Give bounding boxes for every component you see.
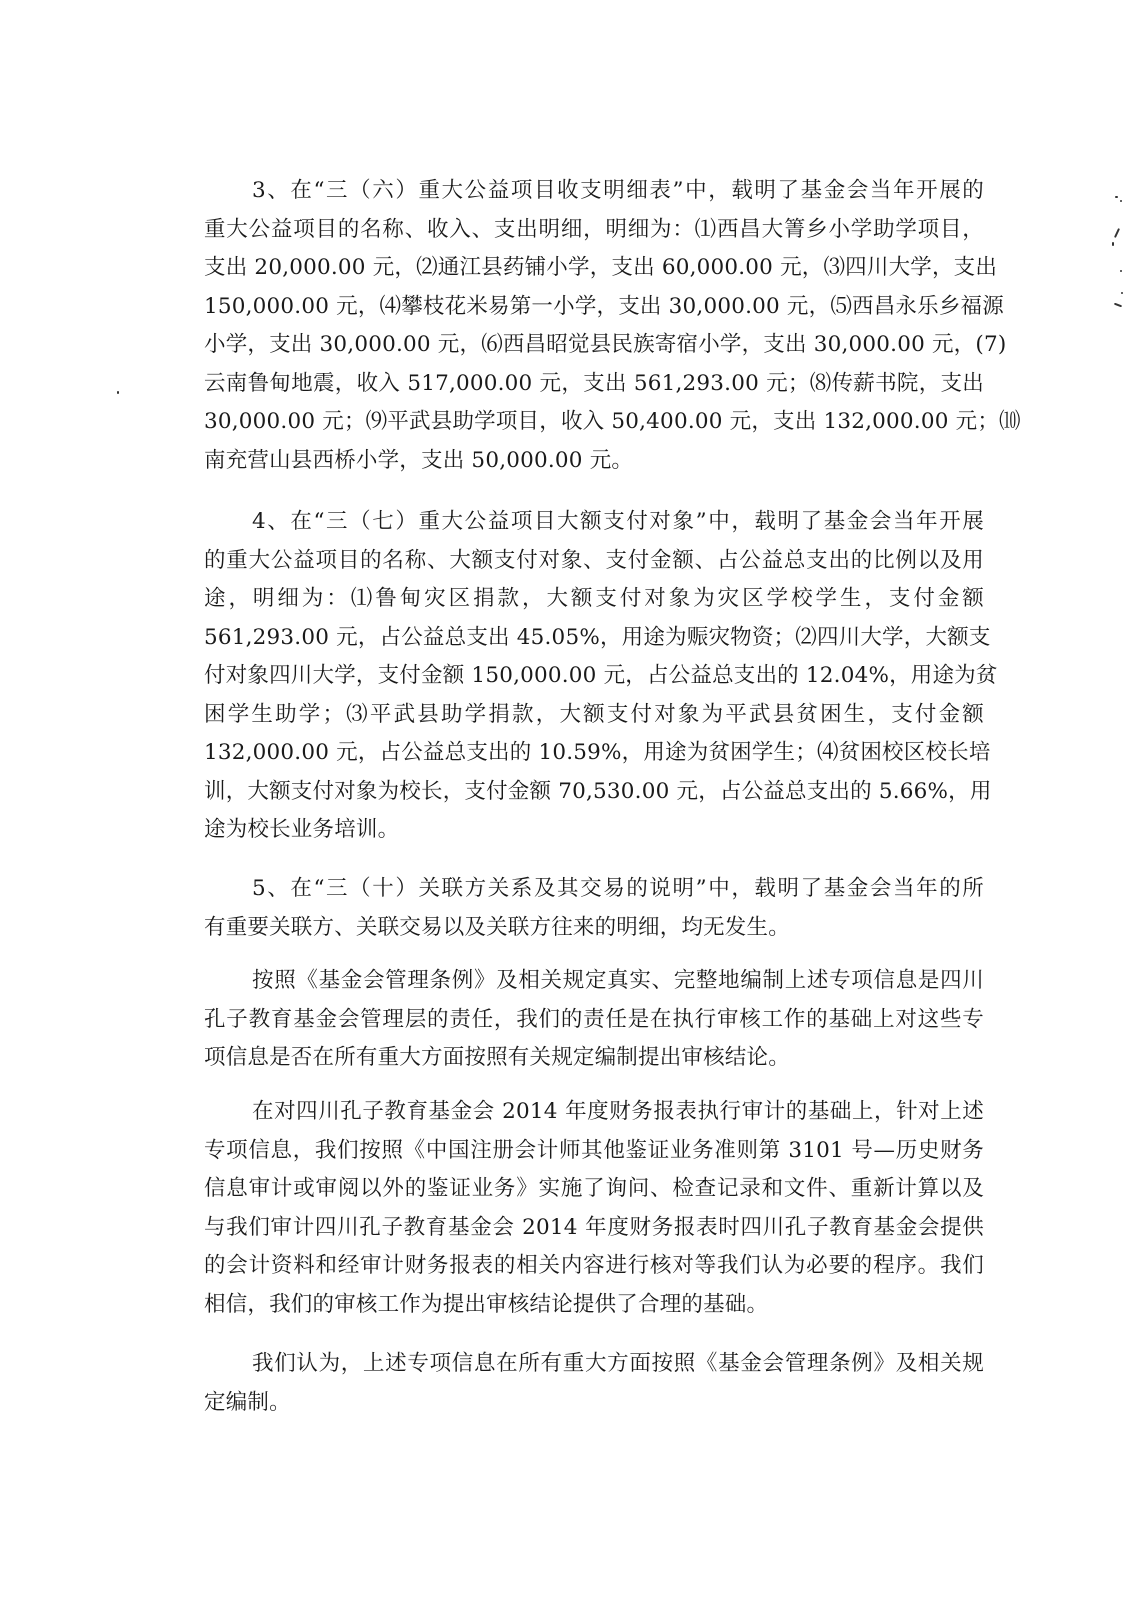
text-line: 途，明细为：⑴鲁甸灾区捐款，大额支付对象为灾区学校学生，支付金额 xyxy=(204,580,984,619)
text-line: 相信，我们的审核工作为提出审核结论提供了合理的基础。 xyxy=(204,1286,984,1325)
scan-artifact-mark xyxy=(1114,228,1120,238)
text-line: 信息审计或审阅以外的鉴证业务》实施了询问、检查记录和文件、重新计算以及 xyxy=(204,1170,984,1209)
scan-artifact-mark xyxy=(1115,196,1118,198)
text-line: 561,293.00 元，占公益总支出 45.05%，用途为赈灾物资；⑵四川大学… xyxy=(204,619,984,658)
text-line: 训，大额支付对象为校长，支付金额 70,530.00 元，占公益总支出的 5.6… xyxy=(204,773,984,812)
scan-artifact-mark xyxy=(1120,270,1122,272)
text-line: 有重要关联方、关联交易以及关联方往来的明细，均无发生。 xyxy=(204,909,984,948)
text-line: 按照《基金会管理条例》及相关规定真实、完整地编制上述专项信息是四川 xyxy=(204,962,984,1001)
text-line: 我们认为，上述专项信息在所有重大方面按照《基金会管理条例》及相关规 xyxy=(204,1345,984,1384)
document-page: 3、在“三（六）重大公益项目收支明细表”中，载明了基金会当年开展的 重大公益项目… xyxy=(0,0,1130,1600)
text-line: 支出 20,000.00 元，⑵通江县药铺小学，支出 60,000.00 元，⑶… xyxy=(204,249,984,288)
paragraph-item-4: 4、在“三（七）重大公益项目大额支付对象”中，载明了基金会当年开展 的重大公益项… xyxy=(204,503,984,850)
text-line: 4、在“三（七）重大公益项目大额支付对象”中，载明了基金会当年开展 xyxy=(204,503,984,542)
text-line: 在对四川孔子教育基金会 2014 年度财务报表执行审计的基础上，针对上述 xyxy=(204,1093,984,1132)
paragraph-item-3: 3、在“三（六）重大公益项目收支明细表”中，载明了基金会当年开展的 重大公益项目… xyxy=(204,172,984,480)
text-line: 132,000.00 元，占公益总支出的 10.59%，用途为贫困学生；⑷贫困校… xyxy=(204,734,984,773)
paragraph-conclusion: 我们认为，上述专项信息在所有重大方面按照《基金会管理条例》及相关规 定编制。 xyxy=(204,1345,984,1422)
text-line: 重大公益项目的名称、收入、支出明细，明细为：⑴西昌大箐乡小学助学项目， xyxy=(204,211,984,250)
text-line: 150,000.00 元，⑷攀枝花米易第一小学，支出 30,000.00 元，⑸… xyxy=(204,288,984,327)
text-line: 3、在“三（六）重大公益项目收支明细表”中，载明了基金会当年开展的 xyxy=(204,172,984,211)
scan-artifact-mark xyxy=(1114,303,1122,308)
text-line: 项信息是否在所有重大方面按照有关规定编制提出审核结论。 xyxy=(204,1039,984,1078)
text-line: 途为校长业务培训。 xyxy=(204,811,984,850)
text-line: 孔子教育基金会管理层的责任，我们的责任是在执行审核工作的基础上对这些专 xyxy=(204,1001,984,1040)
paragraph-responsibility: 按照《基金会管理条例》及相关规定真实、完整地编制上述专项信息是四川 孔子教育基金… xyxy=(204,962,984,1078)
text-line: 付对象四川大学，支付金额 150,000.00 元，占公益总支出的 12.04%… xyxy=(204,657,984,696)
paragraph-item-5: 5、在“三（十）关联方关系及其交易的说明”中，载明了基金会当年的所 有重要关联方… xyxy=(204,870,984,947)
text-line: 的重大公益项目的名称、大额支付对象、支付金额、占公益总支出的比例以及用 xyxy=(204,542,984,581)
scan-artifact-mark xyxy=(117,391,119,394)
text-line: 小学，支出 30,000.00 元，⑹西昌昭觉县民族寄宿小学，支出 30,000… xyxy=(204,326,984,365)
paragraph-procedures: 在对四川孔子教育基金会 2014 年度财务报表执行审计的基础上，针对上述 专项信… xyxy=(204,1093,984,1324)
text-line: 与我们审计四川孔子教育基金会 2014 年度财务报表时四川孔子教育基金会提供 xyxy=(204,1209,984,1248)
scan-artifact-mark xyxy=(1120,200,1122,202)
text-line: 的会计资料和经审计财务报表的相关内容进行核对等我们认为必要的程序。我们 xyxy=(204,1247,984,1286)
text-line: 困学生助学；⑶平武县助学捐款，大额支付对象为平武县贫困生，支付金额 xyxy=(204,696,984,735)
text-line: 云南鲁甸地震，收入 517,000.00 元，支出 561,293.00 元；⑻… xyxy=(204,365,984,404)
scan-artifact-mark xyxy=(1121,292,1123,294)
text-line: 30,000.00 元；⑼平武县助学项目，收入 50,400.00 元，支出 1… xyxy=(204,403,984,442)
text-line: 定编制。 xyxy=(204,1384,984,1423)
text-line: 专项信息，我们按照《中国注册会计师其他鉴证业务准则第 3101 号—历史财务 xyxy=(204,1132,984,1171)
text-line: 5、在“三（十）关联方关系及其交易的说明”中，载明了基金会当年的所 xyxy=(204,870,984,909)
scan-artifact-mark xyxy=(1112,242,1114,246)
text-line: 南充营山县西桥小学，支出 50,000.00 元。 xyxy=(204,442,984,481)
